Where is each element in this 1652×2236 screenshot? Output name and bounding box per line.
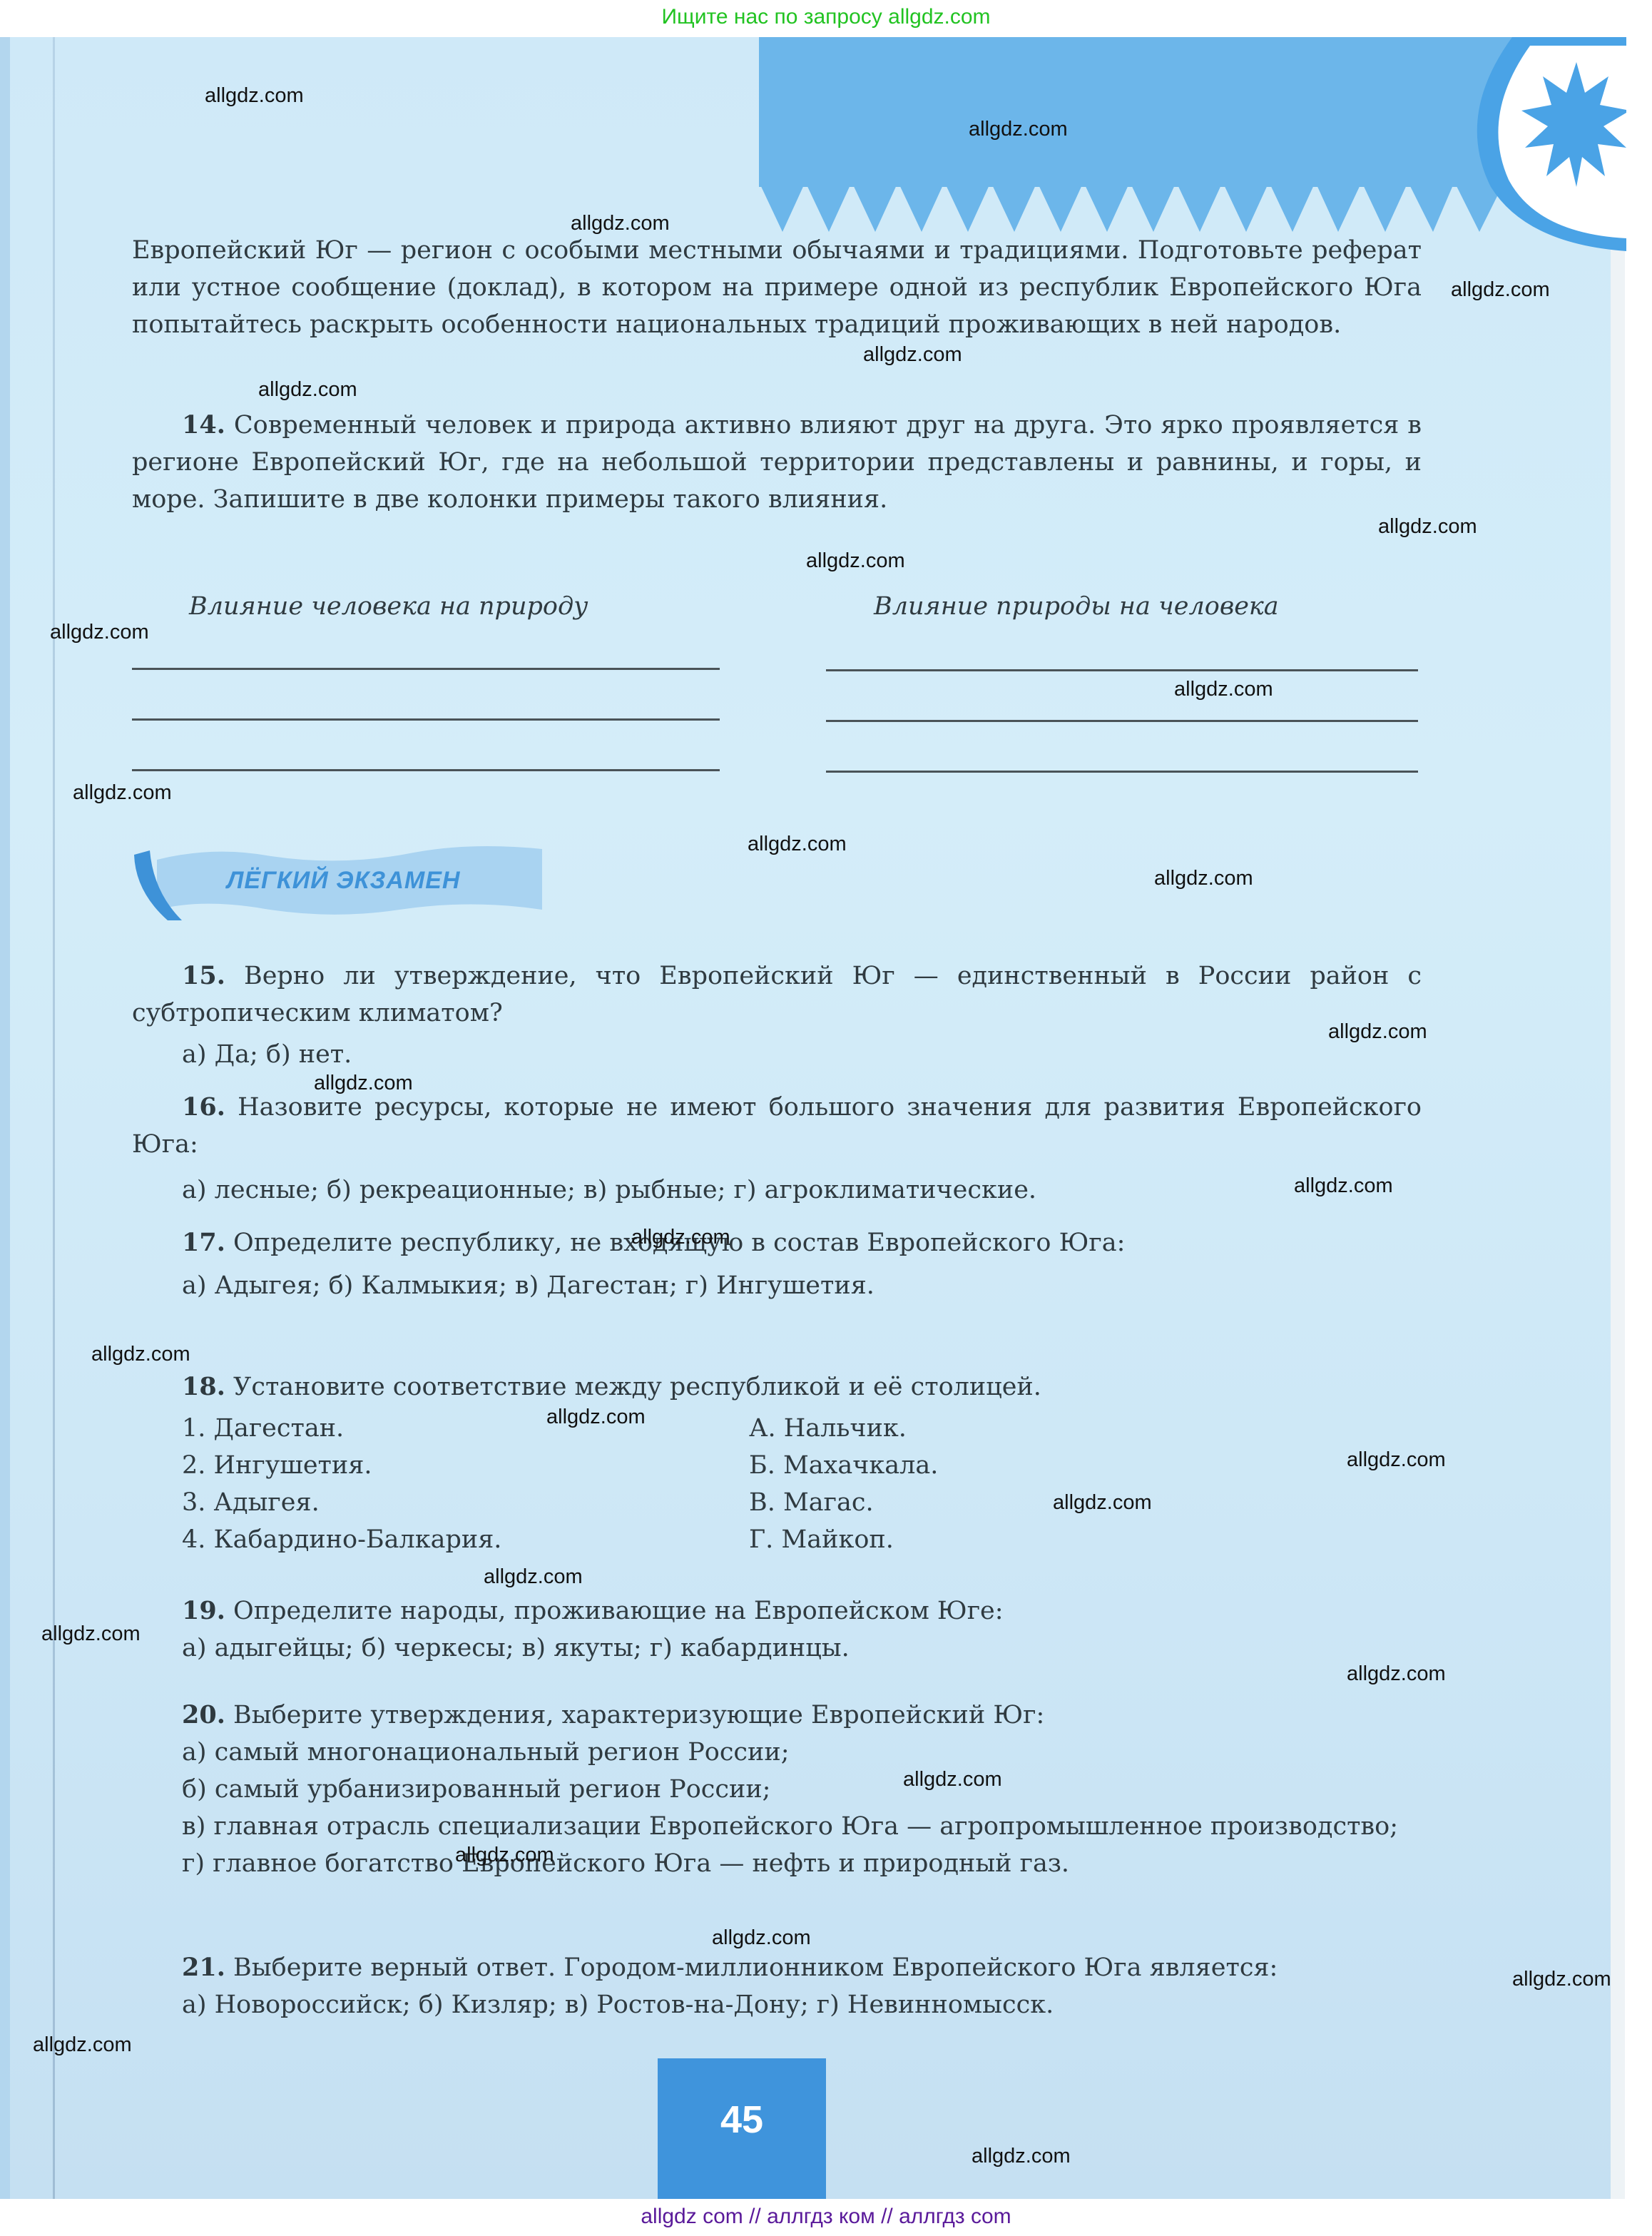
zigzag-decoration [759,182,1501,232]
watermark: allgdz.com [571,212,670,235]
column-heading-nature-on-human: Влияние природы на человека [874,592,1279,621]
page-number: 45 [658,2098,826,2142]
question-20: 20. Выберите утверждения, характеризующи… [132,1697,1422,1882]
star-emblem-icon [1462,37,1626,258]
watermark: allgdz.com [484,1565,583,1589]
question-text: Верно ли утверждение, что Европейский Юг… [132,962,1422,1027]
question-text: Выберите верный ответ. Городом-миллионни… [233,1953,1278,1982]
match-left-2: 2. Ингушетия. [132,1447,749,1484]
watermark: allgdz.com [712,1926,811,1950]
match-right-b: Б. Махачкала. [749,1447,938,1484]
question-text: Назовите ресурсы, которые не имеют больш… [132,1093,1422,1159]
watermark: allgdz.com [1512,1968,1611,1991]
match-right-v: В. Магас. [749,1484,874,1521]
question-14: 14. Современный человек и природа активн… [132,407,1422,518]
watermark: allgdz.com [969,118,1068,141]
match-left-3: 3. Адыгея. [132,1484,749,1521]
watermark: allgdz.com [50,621,149,644]
answer-line-left-2[interactable] [132,718,720,721]
watermark: allgdz.com [972,2145,1071,2168]
watermark: allgdz.com [863,343,962,367]
question-options: а) Адыгея; б) Калмыкия; в) Дагестан; г) … [132,1267,1422,1304]
option-b: б) самый урбанизированный регион России; [132,1771,1422,1808]
watermark: allgdz.com [205,84,304,108]
watermark: allgdz.com [1053,1491,1152,1515]
intro-text: Европейский Юг — регион с особыми местны… [132,232,1422,343]
answer-line-right-3[interactable] [826,771,1418,773]
footer-banner[interactable]: allgdz com // аллгдз ком // аллгдз com [0,2199,1652,2236]
watermark: allgdz.com [1347,1662,1446,1686]
watermark: allgdz.com [33,2033,132,2057]
page-edge [1611,37,1625,2199]
question-text: Выберите утверждения, характеризующие Ев… [233,1701,1044,1729]
question-18: 18. Установите соответствие между респуб… [132,1368,1422,1558]
watermark: allgdz.com [1451,278,1550,302]
question-text: Определите народы, проживающие на Европе… [233,1597,1004,1625]
watermark: allgdz.com [1294,1174,1393,1198]
watermark: allgdz.com [1328,1020,1427,1044]
match-right-g: Г. Майкоп. [749,1521,894,1558]
watermark: allgdz.com [1347,1448,1446,1472]
watermark: allgdz.com [631,1226,730,1249]
question-21: 21. Выберите верный ответ. Городом-милли… [132,1949,1422,2023]
match-left-1: 1. Дагестан. [132,1410,749,1447]
answer-line-left-1[interactable] [132,668,720,670]
watermark: allgdz.com [91,1343,190,1366]
answer-line-right-1[interactable] [826,669,1418,671]
questions-15-17: 15. Верно ли утверждение, что Европейски… [132,957,1422,1304]
watermark: allgdz.com [806,549,905,573]
option-v: в) главная отрасль специализации Европей… [132,1808,1422,1845]
section-title: ЛЁГКИЙ ЭКЗАМЕН [227,867,460,895]
watermark: allgdz.com [258,378,357,402]
answer-line-right-2[interactable] [826,720,1418,722]
question-options: а) Да; б) нет. [132,1036,1422,1073]
question-options: а) адыгейцы; б) черкесы; в) якуты; г) ка… [132,1630,1422,1667]
question-text: Установите соответствие между республико… [233,1373,1041,1401]
question-text: Современный человек и природа активно вл… [132,411,1422,514]
match-left-4: 4. Кабардино-Балкария. [132,1521,749,1558]
binding-gutter [53,37,55,2199]
match-right-a: А. Нальчик. [749,1410,907,1447]
watermark: allgdz.com [1154,867,1253,890]
option-a: а) самый многонациональный регион России… [132,1734,1422,1771]
watermark: allgdz.com [41,1622,141,1646]
watermark: allgdz.com [546,1406,646,1429]
header-decoration-band [759,37,1544,187]
question-options: а) Новороссийск; б) Кизляр; в) Ростов-на… [132,1986,1422,2023]
answer-line-left-3[interactable] [132,769,720,771]
question-19: 19. Определите народы, проживающие на Ев… [132,1592,1422,1667]
top-search-banner[interactable]: Ищите нас по запросу allgdz.com [0,0,1652,36]
watermark: allgdz.com [1378,515,1477,539]
watermark: allgdz.com [903,1768,1002,1792]
watermark: allgdz.com [1174,678,1273,701]
column-heading-human-on-nature: Влияние человека на природу [189,592,588,621]
watermark: allgdz.com [748,833,847,856]
question-number: 14. [182,410,225,439]
intro-paragraph: Европейский Юг — регион с особыми местны… [132,232,1422,343]
question-options: а) лесные; б) рекреационные; в) рыбные; … [132,1172,1422,1209]
watermark: allgdz.com [314,1072,413,1095]
option-g: г) главное богатство Европейского Юга — … [132,1845,1422,1882]
watermark: allgdz.com [455,1844,554,1867]
watermark: allgdz.com [73,781,172,805]
